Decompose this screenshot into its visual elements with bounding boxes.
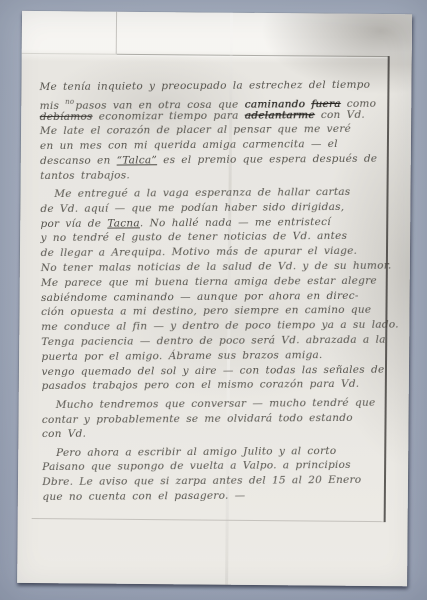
paper-crease-top-left [22, 53, 117, 55]
paper-crease-top [117, 54, 389, 57]
letter-text-segment: “Talca” [117, 154, 158, 166]
letter-line: que no cuenta con el pasagero. — [42, 488, 396, 505]
letter-text-segment: que no cuenta con el pasagero. — [42, 490, 245, 503]
letter-paragraph: Mucho tendremos que conversar — mucho te… [42, 395, 396, 442]
photo-background: Me tenía inquieto y preocupado la estrec… [0, 0, 427, 600]
letter-text-segment: sabiéndome caminando — aunque por ahora … [41, 290, 359, 304]
letter-text-segment: . No hallé nada — me entristecí [140, 216, 331, 229]
letter-line: con Vd. [42, 425, 396, 442]
letter-text-segment: Dbre. Le aviso que si zarpa antes del 15… [42, 474, 361, 488]
letter-text-segment: de Vd. aquí — que me podían haber sido d… [40, 201, 344, 215]
letter-text-segment: en un mes con mi querida amiga carmencit… [40, 138, 338, 152]
letter-text-segment: Me late el corazón de placer al pensar q… [40, 123, 351, 137]
letter-line: contar y probablemente se me olvidará to… [42, 410, 396, 427]
letter-line: Dbre. Le aviso que si zarpa antes del 15… [42, 473, 396, 490]
letter-text-segment: descanso en [40, 155, 117, 168]
letter-paragraph: Me tenía inquieto y preocupado la estrec… [39, 78, 394, 184]
letter-text-segment: puerta por el amigo. Ábrame sus brazos a… [41, 349, 322, 363]
letter-line: Tenga paciencia — dentro de poco será Vd… [41, 333, 395, 350]
letter-text-segment: adelantarme [245, 109, 315, 121]
letter-text-segment: Me tenía inquieto y preocupado la estrec… [39, 79, 370, 93]
letter-line: tantos trabajos. [40, 166, 394, 183]
letter-text-segment: Me entregué a la vaga esperanza de halla… [54, 186, 350, 200]
letter-text-segment: Paisano que supongo de vuelta a Valpo. a… [42, 459, 351, 473]
letter-line: de Vd. aquí — que me podían haber sido d… [40, 199, 394, 216]
letter-text-segment: con Vd. [42, 428, 86, 440]
letter-text-segment: por vía de [40, 217, 107, 229]
letter-text-segment: vengo quemado del sol y aire — con todas… [41, 363, 384, 377]
letter-line: Me late el corazón de placer al pensar q… [40, 122, 394, 139]
paper-fold-edge [116, 12, 117, 54]
letter-text-segment: de llegar a Arequipa. Motivo más de apur… [41, 245, 358, 259]
letter-text-segment: es el premio que espera después de [157, 153, 377, 167]
paper-crease-bottom [32, 518, 385, 522]
letter-text-segment: me conduce al fin — y dentro de poco tie… [41, 319, 399, 333]
letter-text-segment: Tacna [107, 217, 140, 229]
letter-text-segment: Me parece que mi buena tierna amiga debe… [41, 275, 377, 289]
letter-paragraph: Pero ahora a escribir al amigo Julito y … [42, 443, 396, 505]
letter-paper: Me tenía inquieto y preocupado la estrec… [17, 11, 412, 586]
letter-line: pasados trabajos pero con el mismo coraz… [42, 377, 396, 394]
letter-text-segment: tantos trabajos. [40, 169, 130, 182]
letter-text-segment: con Vd. [315, 108, 365, 120]
letter-text-segment: economizar tiempo para [93, 109, 245, 122]
letter-text-segment: Tenga paciencia — dentro de poco será Vd… [41, 334, 385, 348]
letter-text-segment: Mucho tendremos que conversar — mucho te… [56, 396, 376, 410]
letter-text-segment: ción opuesta a mi destino, pero siempre … [41, 304, 371, 318]
letter-line: descanso en “Talca” es el premio que esp… [40, 152, 394, 169]
handwritten-letter-text: Me tenía inquieto y preocupado la estrec… [39, 78, 396, 505]
letter-text-segment: contar y probablemente se me olvidará to… [42, 411, 353, 425]
letter-text-segment: No tener malas noticias de la salud de V… [41, 260, 392, 274]
letter-text-segment: pasados trabajos pero con el mismo coraz… [42, 378, 360, 392]
letter-text-segment: y no tendré el gusto de tener noticias d… [41, 230, 348, 244]
letter-text-segment: no [65, 98, 74, 106]
letter-text-segment: debíamos [40, 110, 93, 122]
letter-paragraph: Me entregué a la vaga esperanza de halla… [40, 185, 395, 395]
letter-text-segment: Pero ahora a escribir al amigo Julito y … [56, 445, 336, 459]
